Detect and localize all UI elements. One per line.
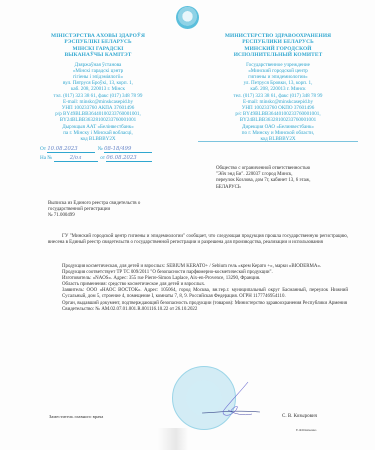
- letter-page: МІНІСТЭРСТВА АХОВЫ ЗДАРОЎЯ РЭСПУБЛІКІ БЕ…: [0, 0, 375, 450]
- reference-date: 06.08.2023: [106, 155, 136, 161]
- outgoing-number: 08-18/499: [104, 146, 131, 152]
- incoming-reference: На № 2/ол от 06.08.2023: [40, 155, 152, 162]
- header-right-russian: МИНИСТЕРСТВО ЗДРАВООХРАНЕНИЯ РЕСПУБЛИКИ …: [198, 33, 358, 142]
- outgoing-date: 10.08.2023: [47, 146, 77, 152]
- recipient-address: Общество с ограниченной ответственностью…: [216, 166, 310, 191]
- letter-subject: Выписка из Единого реестра свидетельств …: [48, 201, 140, 220]
- org-details-ru: Государственное учреждение «Минский горо…: [198, 62, 358, 143]
- scan-shadow: [158, 428, 188, 450]
- org-name-ru: МИНИСТЕРСТВО ЗДРАВООХРАНЕНИЯ РЕСПУБЛИКИ …: [198, 33, 358, 59]
- org-details-by: Дзяржаўная ўстанова «Мінскі гарадскі цэн…: [18, 62, 178, 143]
- signature-icon: [200, 380, 270, 420]
- product-details: Продукция косметическая, для детей и взр…: [62, 264, 348, 313]
- letter-intro: ГУ "Минский городской центр гигиены и эп…: [48, 234, 348, 246]
- header-divider: [198, 141, 358, 142]
- signatory-name: С. В. Козырович: [282, 414, 317, 419]
- certificate-number: Свидетельство: № AM.02.07.01.001.R.00111…: [62, 307, 348, 313]
- executor-name: Е.Ф.Шевченко: [296, 428, 316, 432]
- org-name-by: МІНІСТЭРСТВА АХОВЫ ЗДАРОЎЯ РЭСПУБЛІКІ БЕ…: [18, 33, 178, 59]
- reference-number: 2/ол: [70, 155, 82, 161]
- header-left-belarusian: МІНІСТЭРСТВА АХОВЫ ЗДАРОЎЯ РЭСПУБЛІКІ БЕ…: [18, 33, 178, 142]
- signatory-position: Заместитель главного врача: [49, 414, 103, 419]
- applicant: Заявитель: ООО «НАОС ВОСТОК». Адрес: 105…: [62, 288, 348, 300]
- state-emblem-icon: [176, 6, 199, 29]
- outgoing-registration: От 10.08.2023 № 08-18/499: [40, 146, 152, 153]
- issuing-authority: Орган, выдавший документ, подтверждающий…: [62, 301, 348, 307]
